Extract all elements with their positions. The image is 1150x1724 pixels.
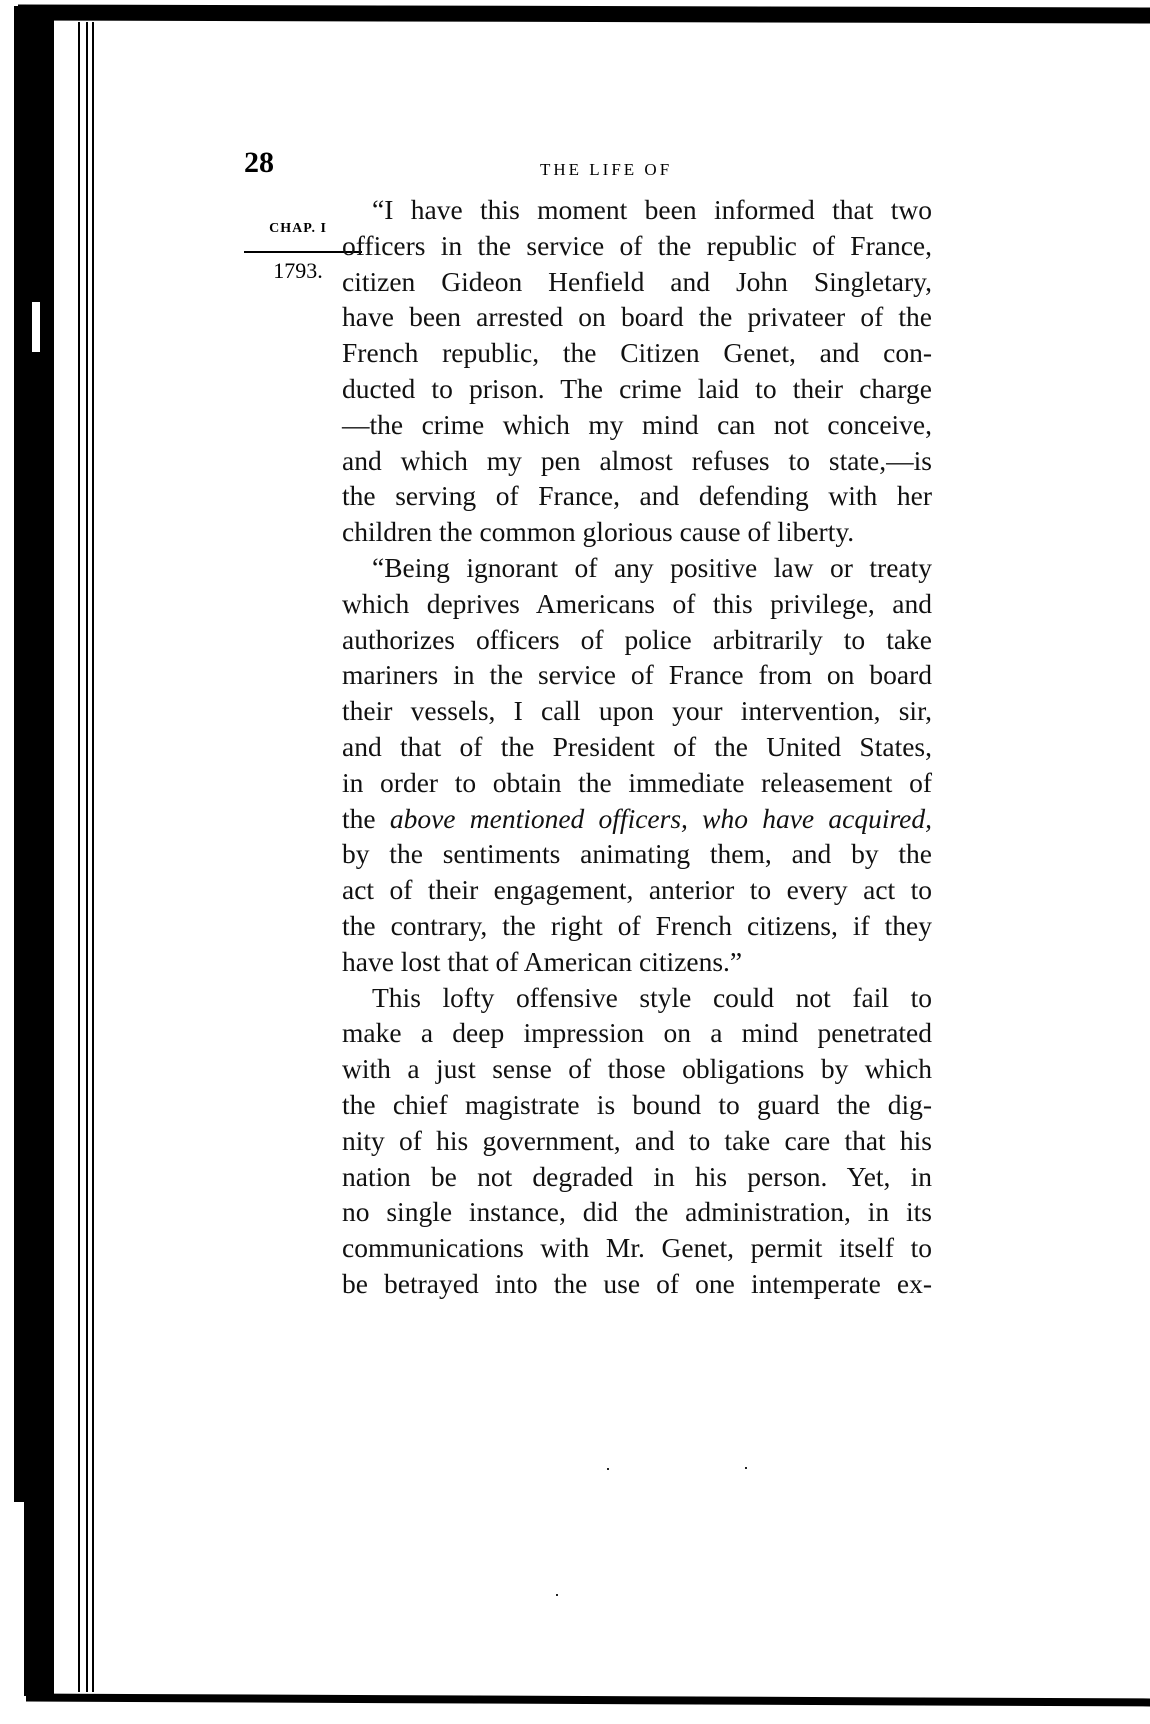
- text-line: mariners in the service of France from o…: [342, 657, 932, 693]
- scan-border-top: [18, 5, 1150, 24]
- scan-border-bottom: [26, 1694, 1150, 1707]
- scan-gutter-line: [92, 22, 94, 1692]
- text-line: which deprives Americans of this privile…: [342, 586, 932, 622]
- text-line: nity of his government, and to take care…: [342, 1123, 932, 1159]
- text-line: citizen Gideon Henfield and John Singlet…: [342, 264, 932, 300]
- text-line: act of their engagement, anterior to eve…: [342, 872, 932, 908]
- text-line: communications with Mr. Genet, permit it…: [342, 1230, 932, 1266]
- text-line: children the common glorious cause of li…: [342, 514, 932, 550]
- text-line: and that of the President of the United …: [342, 729, 932, 765]
- text-line: their vessels, I call upon your interven…: [342, 693, 932, 729]
- text-line: “I have this moment been informed that t…: [342, 192, 932, 228]
- text-line: This lofty offensive style could not fai…: [342, 980, 932, 1016]
- scan-speck: [745, 1467, 747, 1469]
- text-line: with a just sense of those obligations b…: [342, 1051, 932, 1087]
- text-line: ducted to prison. The crime laid to thei…: [342, 371, 932, 407]
- text-line: be betrayed into the use of one intemper…: [342, 1266, 932, 1302]
- body-text: “I have this moment been informed that t…: [342, 192, 932, 1302]
- text-line: no single instance, did the administrati…: [342, 1194, 932, 1230]
- sidenote-chapter: CHAP. I: [244, 221, 352, 237]
- scan-gutter: [54, 22, 80, 1692]
- sidenote-year: 1793.: [244, 258, 352, 284]
- scan-border-left: [14, 6, 54, 1696]
- text-segment: the: [342, 803, 390, 834]
- scan-gutter-line: [78, 22, 80, 1692]
- text-line: officers in the service of the republic …: [342, 228, 932, 264]
- scan-gutter-line: [86, 22, 88, 1692]
- page-number: 28: [244, 146, 274, 180]
- text-line: in order to obtain the immediate release…: [342, 765, 932, 801]
- text-line: and which my pen almost refuses to state…: [342, 443, 932, 479]
- text-line-mixed: the above mentioned officers, who have a…: [342, 801, 932, 837]
- running-head: THE LIFE OF: [540, 160, 672, 180]
- scan-artifact: [12, 1502, 24, 1698]
- scan-speck: [607, 1468, 609, 1470]
- text-line: have been arrested on board the privatee…: [342, 299, 932, 335]
- scan-artifact: [32, 302, 40, 352]
- text-line: the chief magistrate is bound to guard t…: [342, 1087, 932, 1123]
- text-line: make a deep impression on a mind penetra…: [342, 1015, 932, 1051]
- text-line: by the sentiments animating them, and by…: [342, 836, 932, 872]
- scan-speck: [556, 1594, 558, 1596]
- text-line: the contrary, the right of French citize…: [342, 908, 932, 944]
- text-line: have lost that of American citizens.”: [342, 944, 932, 980]
- italic-segment: above mentioned officers, who have acqui…: [390, 803, 932, 834]
- text-line: the serving of France, and defending wit…: [342, 478, 932, 514]
- text-line: “Being ignorant of any positive law or t…: [342, 550, 932, 586]
- text-line: —the crime which my mind can not conceiv…: [342, 407, 932, 443]
- text-line: nation be not degraded in his person. Ye…: [342, 1159, 932, 1195]
- text-line: authorizes officers of police arbitraril…: [342, 622, 932, 658]
- text-line: French republic, the Citizen Genet, and …: [342, 335, 932, 371]
